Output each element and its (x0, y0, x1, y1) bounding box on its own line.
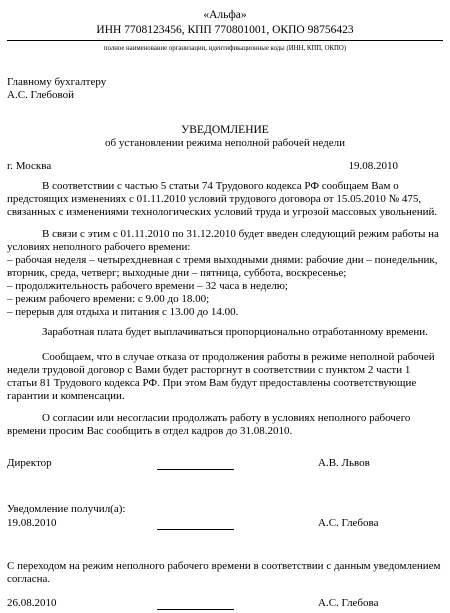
paragraph-response-request: О согласии или несогласии продолжать раб… (7, 412, 443, 438)
director-signature-row: Директор А.В. Львов (7, 457, 443, 470)
doc-title: УВЕДОМЛЕНИЕ (7, 124, 443, 137)
received-name: А.С. Глебова (318, 517, 378, 530)
agreed-date: 26.08.2010 (7, 597, 157, 610)
doc-date: 19.08.2010 (349, 160, 399, 173)
paragraph-refusal: Сообщаем, что в случае отказа от продолж… (7, 351, 443, 403)
schedule-item-workweek: – рабочая неделя – четырехдневная с трем… (7, 254, 443, 280)
schedule-item-hours: – продолжительность рабочего времени – 3… (7, 280, 443, 293)
org-caption: полное наименование организации, идентиф… (7, 45, 443, 53)
received-label: Уведомление получил(а): (7, 503, 443, 516)
agreed-signature-row: 26.08.2010 А.С. Глебова (7, 597, 443, 610)
org-name: «Альфа» (7, 8, 443, 23)
schedule-item-break: – перерыв для отдыха и питания с 13.00 д… (7, 306, 443, 319)
agreed-name: А.С. Глебова (318, 597, 378, 610)
director-signature-line (157, 458, 234, 470)
addressee-position: Главному бухгалтеру (7, 76, 443, 89)
agreement-text: С переходом на режим неполного рабочего … (7, 560, 443, 586)
addressee-block: Главному бухгалтеру А.С. Глебовой (7, 76, 443, 102)
place-date-row: г. Москва 19.08.2010 (7, 160, 443, 173)
director-label: Директор (7, 457, 157, 470)
place: г. Москва (7, 160, 51, 173)
received-block: Уведомление получил(а): 19.08.2010 А.С. … (7, 503, 443, 530)
org-codes: ИНН 7708123456, КПП 770801001, ОКПО 9875… (7, 23, 443, 38)
paragraph-schedule-intro: В связи с этим с 01.11.2010 по 31.12.201… (7, 228, 443, 254)
title-block: УВЕДОМЛЕНИЕ об установлении режима непол… (7, 124, 443, 150)
received-date: 19.08.2010 (7, 517, 157, 530)
org-header: «Альфа» ИНН 7708123456, КПП 770801001, О… (7, 8, 443, 37)
schedule-item-daytime: – режим рабочего времени: с 9.00 до 18.0… (7, 293, 443, 306)
received-signature-line (157, 518, 234, 530)
doc-subtitle: об установлении режима неполной рабочей … (7, 137, 443, 150)
addressee-name: А.С. Глебовой (7, 89, 443, 102)
agreed-signature-line (157, 598, 234, 610)
notification-document: «Альфа» ИНН 7708123456, КПП 770801001, О… (0, 0, 450, 613)
paragraph-salary: Заработная плата будет выплачиваться про… (7, 326, 443, 339)
header-rule (7, 40, 443, 41)
paragraph-legal-basis: В соответствии с частью 5 статьи 74 Труд… (7, 180, 443, 219)
received-signature-row: 19.08.2010 А.С. Глебова (7, 517, 443, 530)
director-name: А.В. Львов (318, 457, 370, 470)
